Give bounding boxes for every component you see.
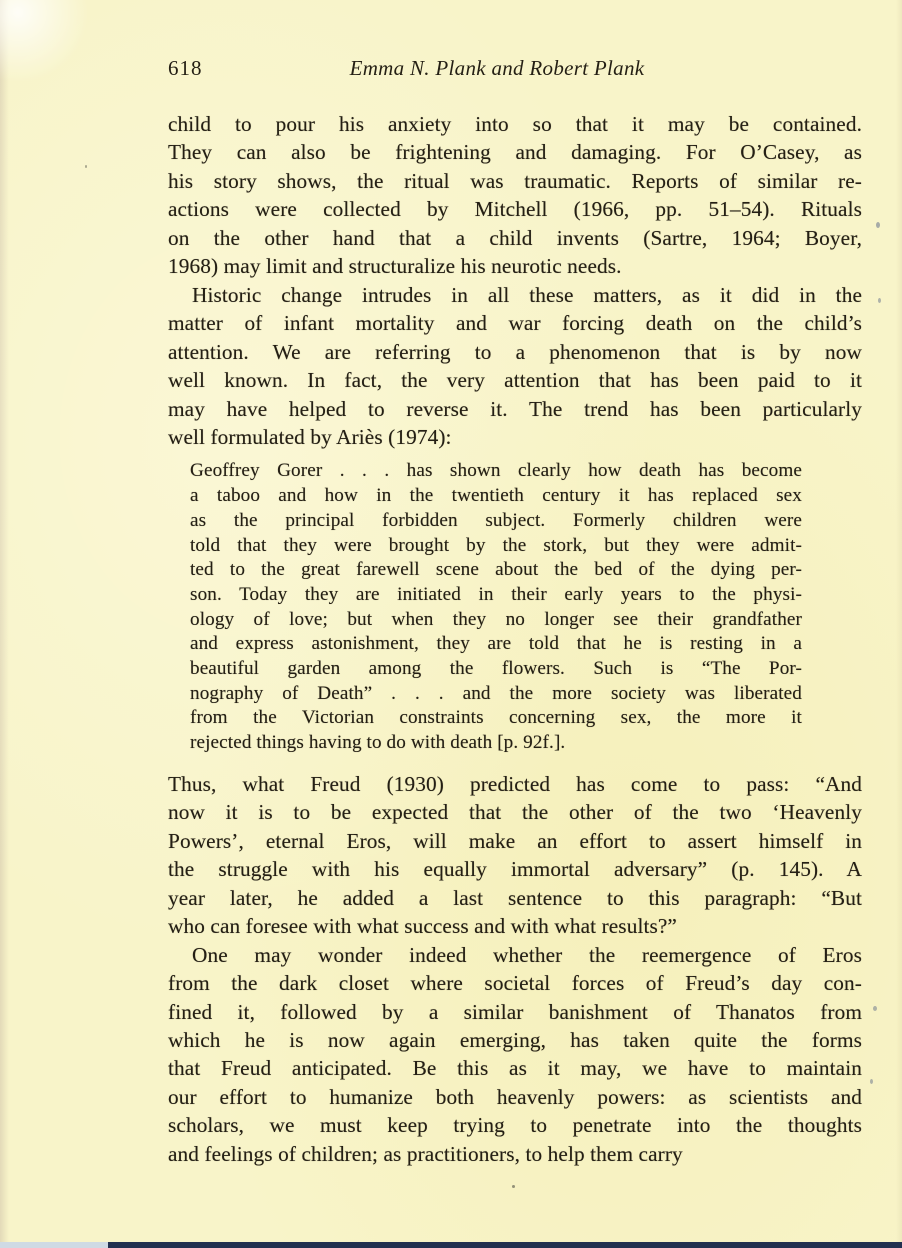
- text-line: scholars, we must keep trying to penetra…: [168, 1111, 862, 1139]
- text-line: They can also be frightening and damagin…: [168, 138, 862, 166]
- text-line: the struggle with his equally immortal a…: [168, 855, 862, 883]
- text-line: nography of Death” . . . and the more so…: [190, 682, 802, 707]
- paragraph: Thus, what Freud (1930) predicted has co…: [168, 770, 862, 941]
- text-line: now it is to be expected that the other …: [168, 798, 862, 826]
- text-line: who can foresee with what success and wi…: [168, 912, 862, 940]
- scanned-book-page: 618 Emma N. Plank and Robert Plank child…: [0, 0, 902, 1248]
- page-body: child to pour his anxiety into so that i…: [168, 110, 862, 1168]
- text-line: from the dark closet where societal forc…: [168, 969, 862, 997]
- scan-speck: [870, 1079, 873, 1084]
- running-head: Emma N. Plank and Robert Plank: [150, 56, 844, 81]
- text-line: fined it, followed by a similar banishme…: [168, 998, 862, 1026]
- text-line: beautiful garden among the flowers. Such…: [190, 657, 802, 682]
- text-line: son. Today they are initiated in their e…: [190, 583, 802, 608]
- text-line: attention. We are referring to a phenome…: [168, 338, 862, 366]
- scan-speck: [876, 222, 880, 228]
- text-line: on the other hand that a child invents (…: [168, 224, 862, 252]
- text-line: well formulated by Ariès (1974):: [168, 423, 862, 451]
- scan-speck: [878, 298, 881, 303]
- text-line: rejected things having to do with death …: [190, 731, 802, 756]
- scan-speck: [873, 1006, 877, 1011]
- text-line: Geoffrey Gorer . . . has shown clearly h…: [190, 459, 802, 484]
- text-line: and feelings of children; as practitione…: [168, 1140, 862, 1168]
- text-line: Historic change intrudes in all these ma…: [168, 281, 862, 309]
- text-line: ted to the great farewell scene about th…: [190, 558, 802, 583]
- text-line: told that they were brought by the stork…: [190, 534, 802, 559]
- text-line: actions were collected by Mitchell (1966…: [168, 195, 862, 223]
- text-line: child to pour his anxiety into so that i…: [168, 110, 862, 138]
- scan-edge-light: [0, 1242, 108, 1248]
- page-header: 618 Emma N. Plank and Robert Plank: [168, 56, 862, 88]
- text-line: matter of infant mortality and war forci…: [168, 309, 862, 337]
- text-line: ology of love; but when they no longer s…: [190, 608, 802, 633]
- text-line: may have helped to reverse it. The trend…: [168, 395, 862, 423]
- paragraph: Historic change intrudes in all these ma…: [168, 281, 862, 452]
- text-line: Thus, what Freud (1930) predicted has co…: [168, 770, 862, 798]
- text-line: year later, he added a last sentence to …: [168, 884, 862, 912]
- scan-speck: [512, 1185, 515, 1188]
- text-line: One may wonder indeed whether the reemer…: [168, 941, 862, 969]
- text-line: 1968) may limit and structuralize his ne…: [168, 252, 862, 280]
- paragraph: One may wonder indeed whether the reemer…: [168, 941, 862, 1169]
- text-line: his story shows, the ritual was traumati…: [168, 167, 862, 195]
- text-line: that Freud anticipated. Be this as it ma…: [168, 1054, 862, 1082]
- text-line: a taboo and how in the twentieth century…: [190, 484, 802, 509]
- text-line: as the principal forbidden subject. Form…: [190, 509, 802, 534]
- text-line: well known. In fact, the very attention …: [168, 366, 862, 394]
- scan-speck: [85, 165, 87, 168]
- text-line: which he is now again emerging, has take…: [168, 1026, 862, 1054]
- scan-edge-dark: [108, 1242, 902, 1248]
- text-line: our effort to humanize both heavenly pow…: [168, 1083, 862, 1111]
- text-line: Powers’, eternal Eros, will make an effo…: [168, 827, 862, 855]
- block-quote: Geoffrey Gorer . . . has shown clearly h…: [190, 459, 802, 755]
- text-line: from the Victorian constraints concernin…: [190, 706, 802, 731]
- text-line: and express astonishment, they are told …: [190, 632, 802, 657]
- paragraph: child to pour his anxiety into so that i…: [168, 110, 862, 281]
